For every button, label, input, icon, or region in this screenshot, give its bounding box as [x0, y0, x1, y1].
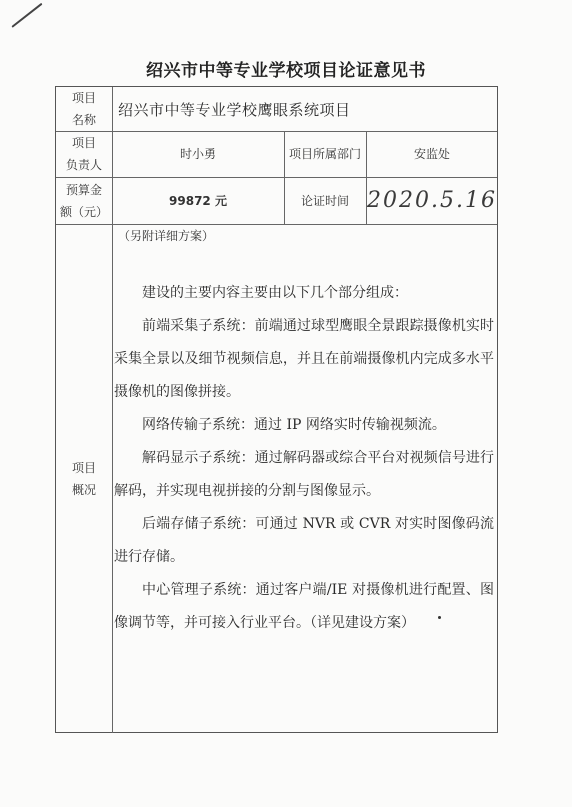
label-line: 负责人: [66, 154, 102, 176]
label-line: 项目: [72, 132, 96, 154]
label-project-leader: 项目 负责人: [56, 131, 112, 177]
budget-value: 99872 元: [112, 177, 284, 224]
label-line: 项目: [72, 87, 96, 109]
label-review-date: 论证时间: [284, 177, 366, 224]
label-budget: 预算金 额（元）: [56, 177, 112, 224]
project-name-value: 绍兴市中等专业学校鹰眼系统项目: [118, 87, 351, 131]
row-divider: [56, 224, 497, 225]
overview-paragraph: 中心管理子系统：通过客户端/IE 对摄像机进行配置、图像调节等，并可接入行业平台…: [114, 574, 494, 640]
review-form-table: 项目 名称 绍兴市中等专业学校鹰眼系统项目 项目 负责人 时小勇 项目所属部门 …: [55, 86, 498, 733]
overview-paragraph: 前端采集子系统：前端通过球型鹰眼全景跟踪摄像机实时采集全景以及细节视频信息，并且…: [114, 310, 494, 409]
overview-paragraph: 解码显示子系统：通过解码器或综合平台对视频信号进行解码，并实现电视拼接的分割与图…: [114, 442, 494, 508]
review-date-handwritten: 2020.5.16: [366, 177, 498, 224]
pen-stroke-mark: [11, 3, 42, 28]
project-leader-value: 时小勇: [112, 131, 284, 177]
attachment-note: （另附详细方案）: [118, 227, 214, 244]
project-overview-text: 建设的主要内容主要由以下几个部分组成： 前端采集子系统：前端通过球型鹰眼全景跟踪…: [114, 277, 494, 640]
label-department: 项目所属部门: [284, 131, 366, 177]
label-line: 预算金: [66, 179, 102, 201]
department-value: 安监处: [366, 131, 498, 177]
overview-paragraph: 建设的主要内容主要由以下几个部分组成：: [114, 277, 494, 310]
stray-mark: [438, 616, 441, 619]
label-line: 名称: [72, 109, 96, 131]
label-project-name: 项目 名称: [56, 87, 112, 131]
label-line: 额（元）: [60, 201, 108, 223]
label-line: 概况: [72, 479, 96, 501]
label-project-overview: 项目 概况: [56, 224, 112, 733]
overview-paragraph: 网络传输子系统：通过 IP 网络实时传输视频流。: [114, 409, 494, 442]
label-line: 项目: [72, 457, 96, 479]
document-title: 绍兴市中等专业学校项目论证意见书: [0, 56, 572, 81]
overview-paragraph: 后端存储子系统：可通过 NVR 或 CVR 对实时图像码流进行存储。: [114, 508, 494, 574]
